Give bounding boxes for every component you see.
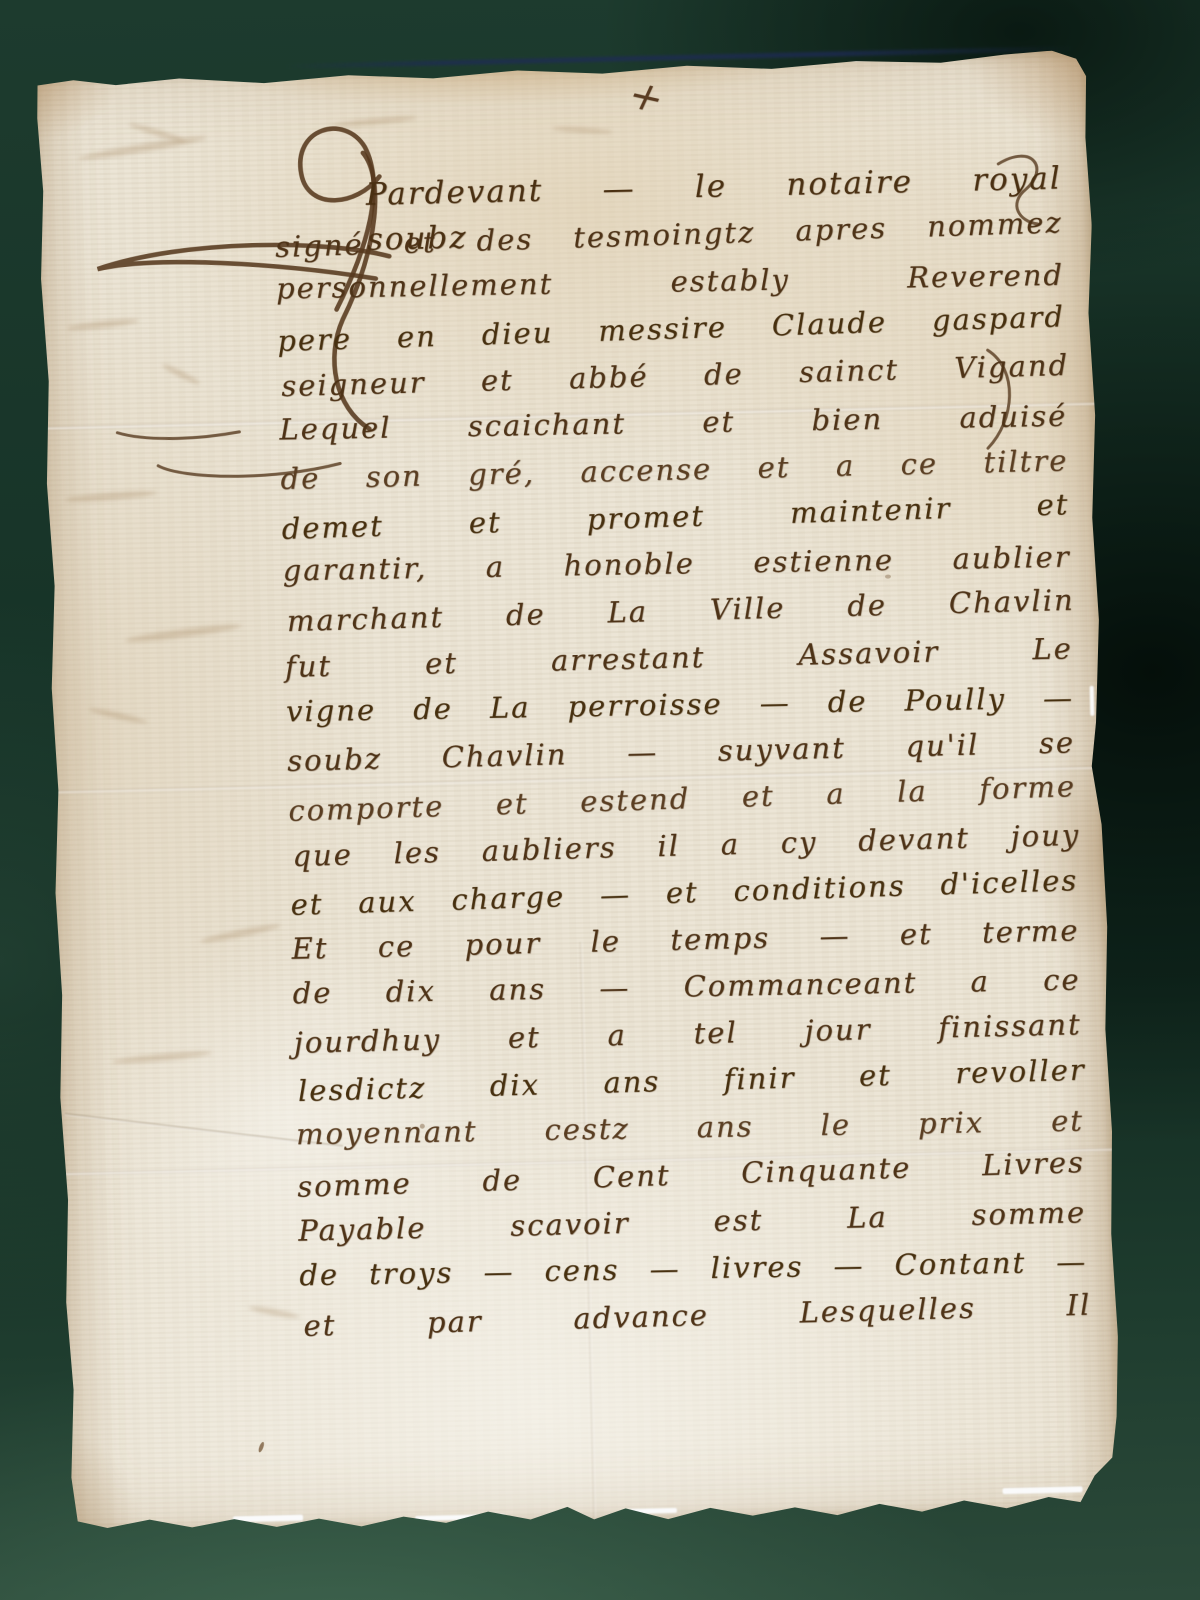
ink-showthrough — [552, 126, 612, 135]
torn-edge-highlight — [233, 1515, 303, 1523]
ink-showthrough — [161, 362, 201, 386]
paper-stain — [258, 1441, 266, 1453]
ink-showthrough — [124, 622, 242, 645]
torn-edge-highlight — [1002, 1486, 1082, 1494]
ink-showthrough — [248, 1305, 300, 1321]
ink-showthrough — [88, 706, 148, 725]
ink-showthrough — [199, 922, 281, 945]
torn-edge-highlight — [851, 56, 911, 61]
ink-showthrough — [332, 115, 417, 129]
photo-background: + Pardevant — le notaire royal soubz sig… — [0, 0, 1200, 1600]
manuscript-text: Pardevant — le notaire royal soubz signé… — [273, 156, 1088, 1349]
torn-edge-highlight — [231, 69, 321, 76]
ink-showthrough — [128, 121, 187, 144]
torn-edge-highlight — [1090, 686, 1095, 716]
ink-showthrough — [67, 317, 139, 332]
ink-showthrough — [65, 489, 157, 503]
torn-edge-highlight — [627, 1508, 677, 1514]
torn-edge-highlight — [415, 1514, 505, 1521]
manuscript-page: + Pardevant — le notaire royal soubz sig… — [31, 50, 1123, 1537]
invocation-cross-mark: + — [620, 72, 672, 122]
ink-showthrough — [112, 1049, 212, 1065]
ink-showthrough — [78, 134, 208, 163]
